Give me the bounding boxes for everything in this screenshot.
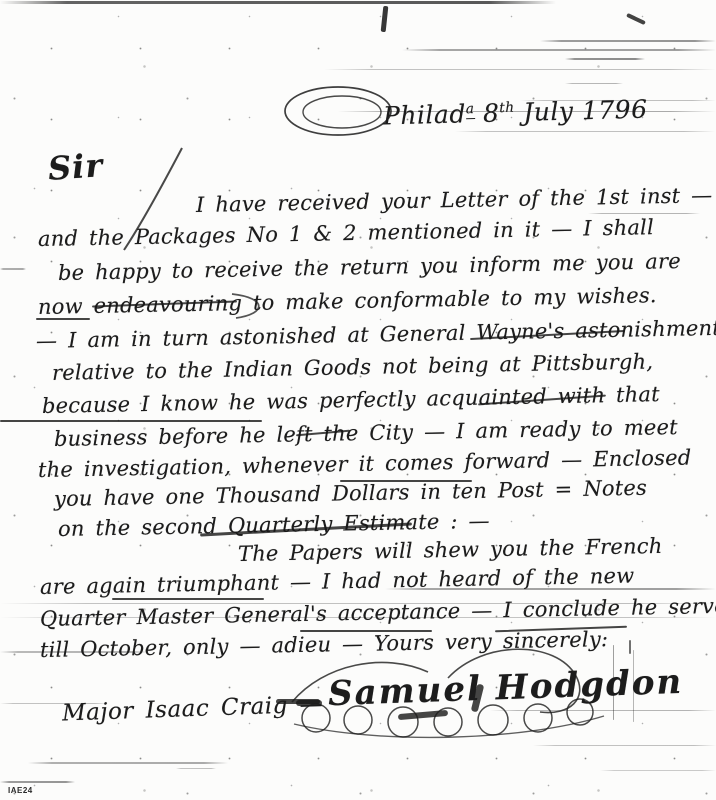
scan-streak — [540, 40, 716, 42]
scan-streak — [324, 69, 716, 70]
scan-streak — [0, 1, 556, 4]
scan-streak — [565, 58, 645, 60]
scan-streak — [0, 268, 26, 270]
underline-mark — [36, 318, 90, 320]
archive-label: IAE24 — [8, 786, 33, 795]
scan-streak — [565, 83, 623, 84]
letter-line: — I am in turn astonished at General Way… — [36, 316, 716, 353]
letter-page: Philada 8th July 1796 Sir I have receive… — [0, 0, 716, 800]
letter-line: are again triumphant — I had not heard o… — [40, 564, 635, 599]
letter-line: The Papers will shew you the French — [238, 534, 663, 566]
scan-streak — [588, 213, 700, 214]
scan-streak — [455, 131, 715, 132]
dateline-day: 8 — [483, 98, 500, 127]
underline-mark — [300, 630, 432, 632]
dateline: Philada 8th July 1796 — [383, 95, 648, 131]
scan-streak — [28, 762, 228, 764]
ink-mark — [629, 640, 631, 654]
letter-line: on the second Quarterly Estimate : — — [58, 509, 490, 541]
caret-squiggle-mark — [228, 290, 274, 322]
scan-streak — [0, 781, 75, 783]
letter-line: I have received your Letter of the 1st i… — [196, 183, 713, 217]
ink-mark — [626, 13, 646, 25]
scan-streak — [600, 770, 716, 771]
dateline-month-year: July 1796 — [523, 95, 648, 127]
dateline-day-suffix: th — [499, 100, 515, 116]
scan-streak — [533, 745, 716, 746]
letter-line: now endeavouring to make conformable to … — [38, 283, 657, 319]
letter-line: because I know he was perfectly acquaint… — [42, 382, 660, 418]
underline-mark — [0, 420, 262, 422]
dateline-place-suffix: a — [466, 101, 475, 119]
scan-streak — [176, 768, 216, 769]
letter-line: relative to the Indian Goods not being a… — [52, 349, 654, 385]
dateline-place: Philad — [383, 99, 467, 130]
scan-streak — [402, 49, 716, 51]
salutation: Sir — [47, 146, 105, 188]
initial-flourish — [282, 85, 396, 139]
addressee: Major Isaac Craig — — [62, 691, 324, 726]
ink-blot — [381, 6, 389, 32]
underline-mark — [340, 480, 472, 482]
underline-mark — [112, 598, 264, 600]
